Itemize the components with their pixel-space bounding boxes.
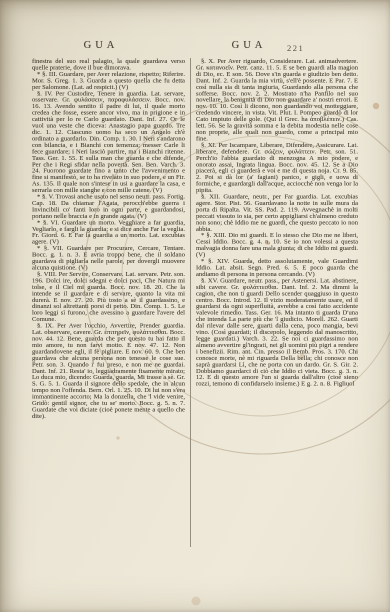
text-block: finestra del suo real palagio, la quale … [32, 58, 358, 548]
paragraph: finestra del suo real palagio, la quale … [32, 58, 185, 71]
page-number: 221 [287, 43, 321, 53]
paragraph: * §. XIII. Dio mi guardi. E lo stesso ch… [196, 232, 358, 258]
paragraph: §. IX. Per Aver l'occhio, Avvertire, Pre… [32, 323, 185, 420]
paragraph: §. XII. Guardare, neutr., per Far guardi… [196, 194, 358, 233]
paragraph: §. XI. Per Iscampare, Liberare, Difender… [196, 142, 358, 194]
paragraph: §. IV. Per Custodire, Tenere in guardia.… [32, 90, 185, 193]
paragraph: §. X. Per Aver riguardo, Considerare. La… [196, 58, 358, 142]
paragraph: * §. VII. Guardare per Procurare, Cercar… [32, 245, 185, 271]
running-title-left: GUA [66, 40, 136, 54]
foxing-spot [373, 103, 379, 109]
paragraph: * §. III. Guardare, per Aver relazione, … [32, 71, 185, 90]
paragraph: §. VIII. Per Servire, Conservare. Lat. s… [32, 271, 185, 323]
scanned-book-page: GUA GUA 221 finestra del suo real palagi… [0, 0, 390, 612]
paragraph: §. XV. Guardare, neutr. pass., per Asten… [196, 277, 358, 387]
foxing-spot [192, 597, 201, 606]
paragraph: * §. VI. Guardare un morto. Vegghiare a … [32, 219, 185, 245]
paragraph: * §. XIV. Guarda, detto assolutamente, v… [196, 258, 358, 277]
right-column: §. X. Per Aver riguardo, Considerare. La… [196, 58, 358, 548]
running-title-right: GUA [214, 40, 284, 54]
paragraph: * §. V. Trovasi anche usato nel senso ne… [32, 194, 185, 220]
left-column: finestra del suo real palagio, la quale … [32, 58, 185, 548]
